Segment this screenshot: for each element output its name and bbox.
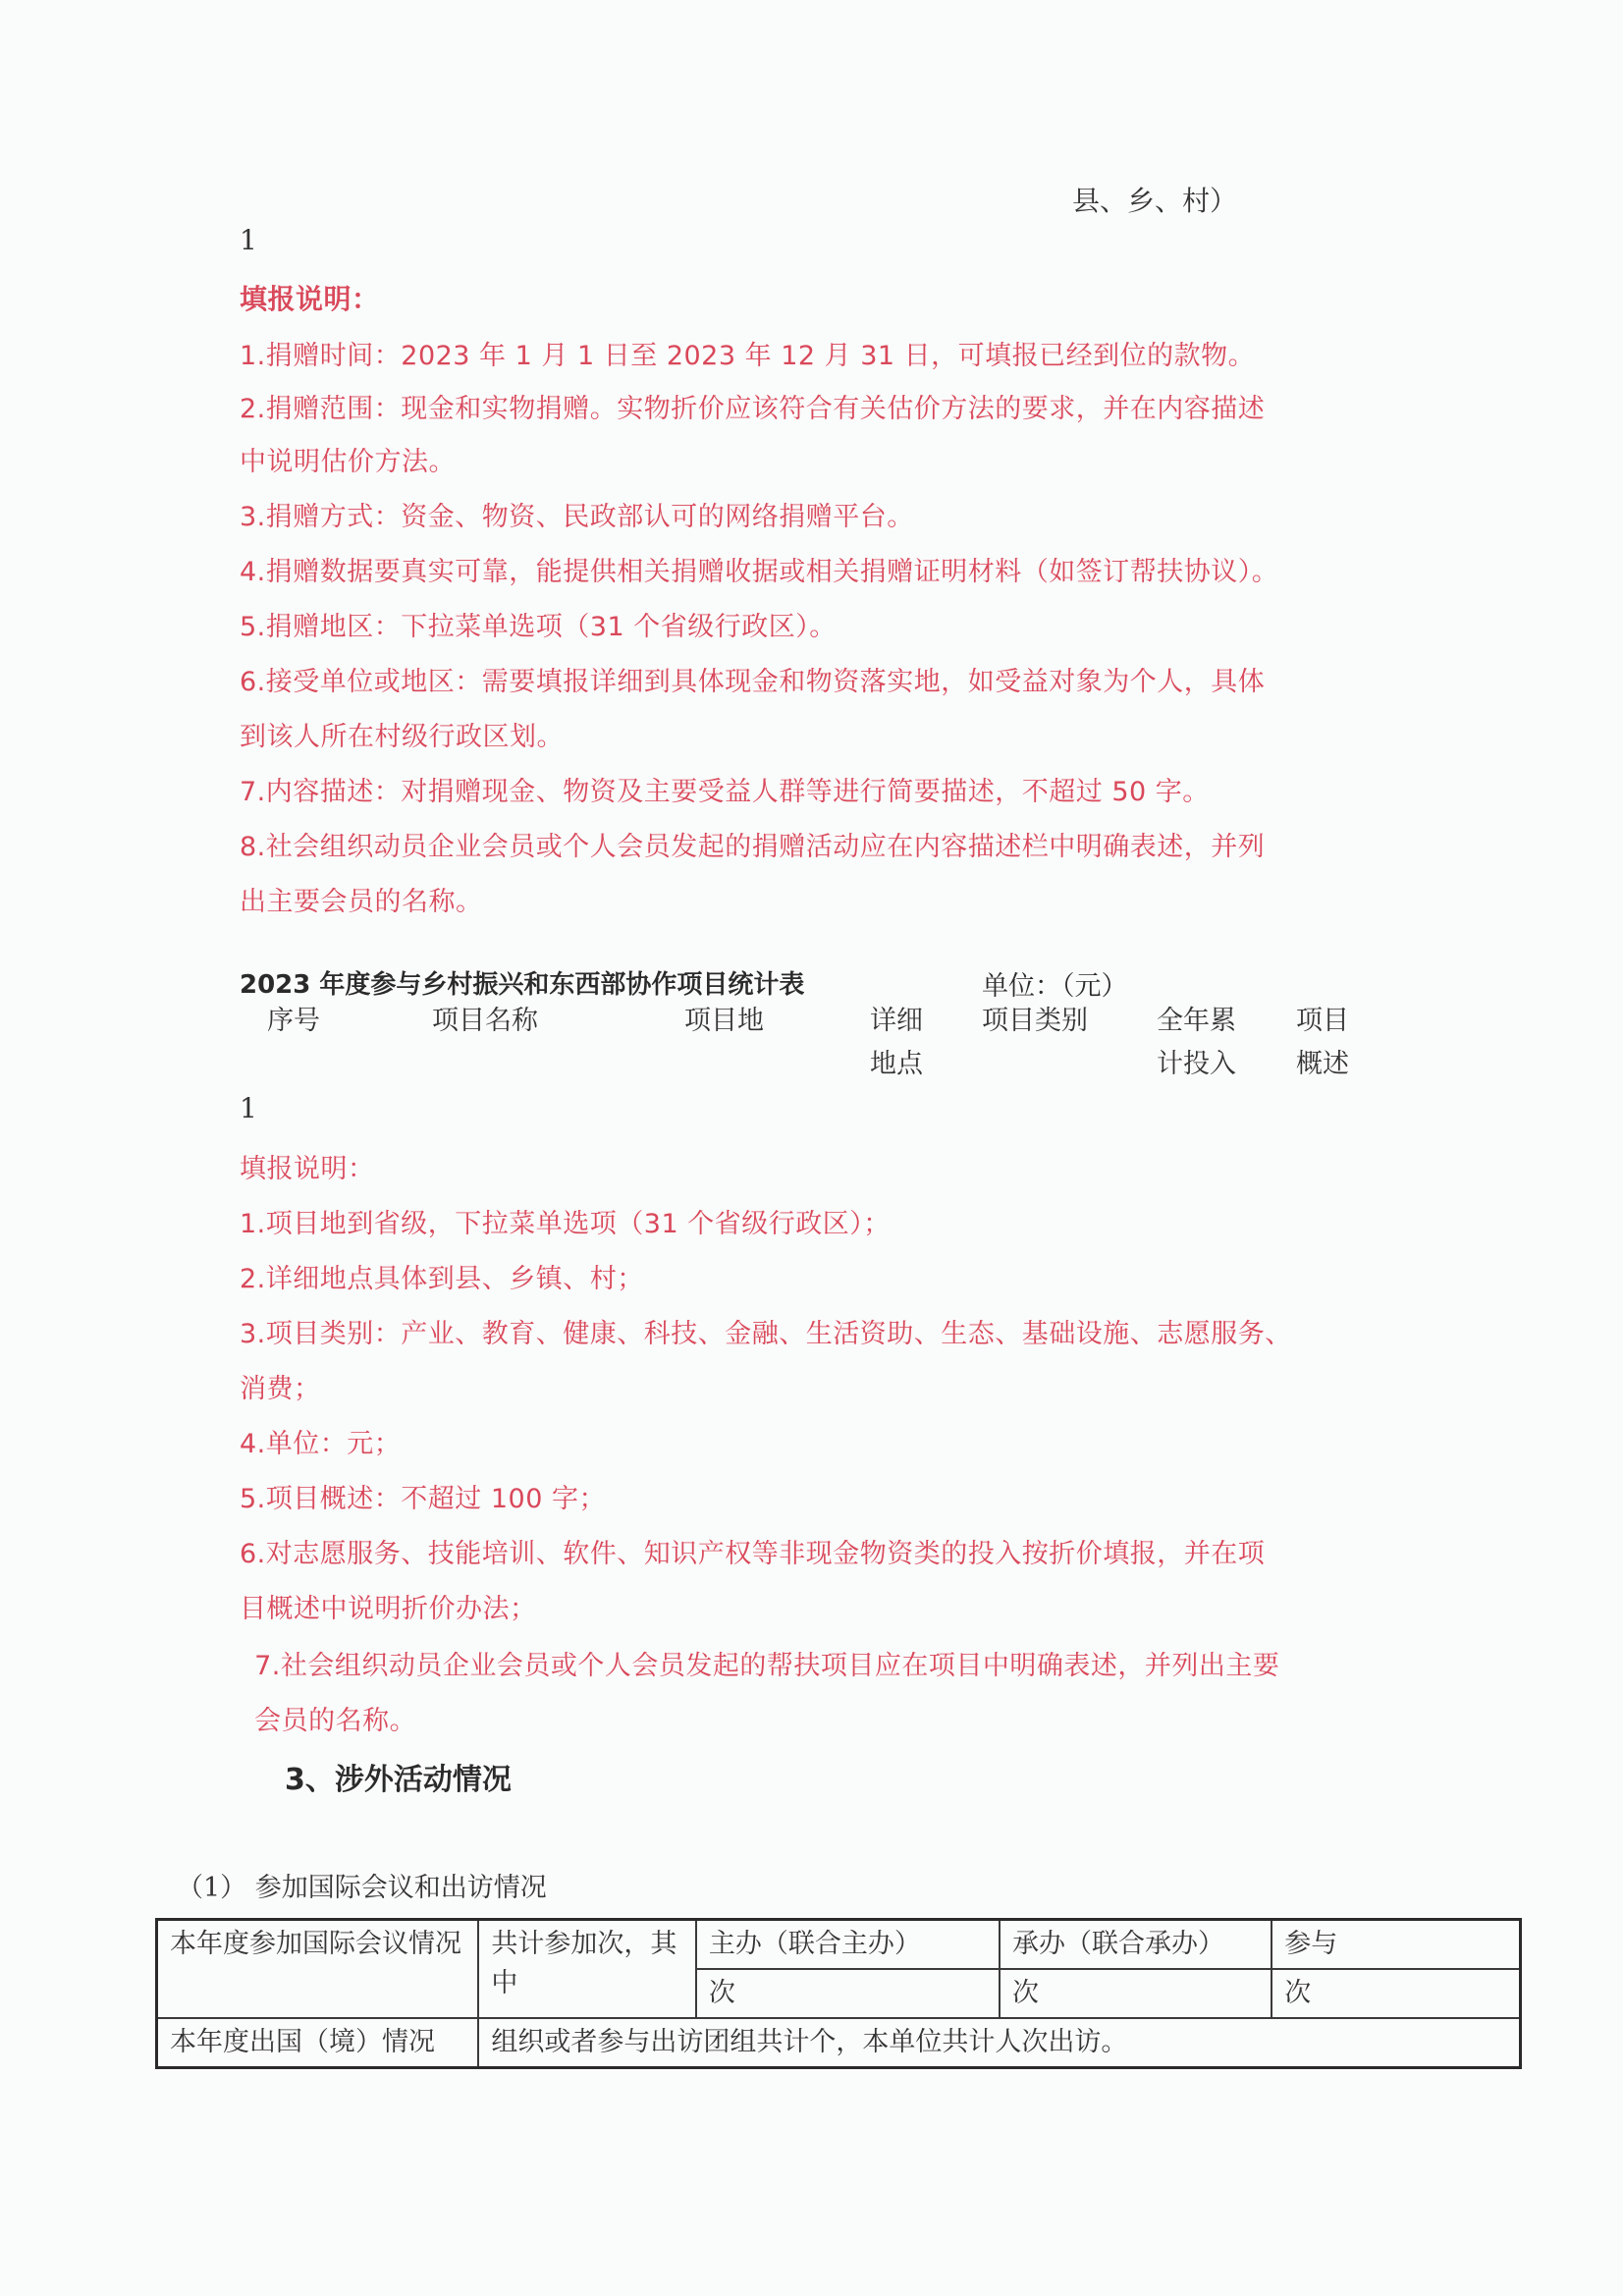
organize-label-cell: 承办（联合承办） [1000, 1920, 1271, 1970]
donation-note: 中说明估价方法。 [240, 440, 456, 478]
participate-label-cell: 参与 [1271, 1920, 1520, 1970]
rural-table-title: 2023 年度参与乡村振兴和东西部协作项目统计表 [240, 964, 804, 1001]
meetings-label-cell: 本年度参加国际会议情况 [157, 1920, 479, 2019]
address-fragment: 县、乡、村） [1072, 180, 1237, 219]
rural-note: 1.项目地到省级，下拉菜单选项（31 个省级行政区）； [240, 1202, 891, 1240]
rural-note: 6.对志愿服务、技能培训、软件、知识产权等非现金物资类的投入按折价填报，并在项 [240, 1532, 1265, 1570]
rural-note: 3.项目类别：产业、教育、健康、科技、金融、生活资助、生态、基础设施、志愿服务、 [240, 1312, 1292, 1350]
column-header-detailed-location: 详细 地点 [870, 1000, 923, 1086]
rural-notes-title: 填报说明： [240, 1147, 375, 1185]
rural-note: 目概述中说明折价办法； [240, 1587, 537, 1625]
donation-note: 出主要会员的名称。 [240, 880, 483, 918]
international-activities-table: 本年度参加国际会议情况 共计参加次，其中 主办（联合主办） 承办（联合承办） 参… [155, 1918, 1522, 2069]
rural-table-unit: 单位：（元） [982, 964, 1128, 1003]
rural-note: 7.社会组织动员企业会员或个人会员发起的帮扶项目应在项目中明确表述，并列出主要 [245, 1644, 1279, 1682]
column-header-index: 序号 [267, 1000, 320, 1043]
international-meetings-subheading: （1） 参加国际会议和出访情况 [177, 1866, 547, 1904]
donation-note: 到该人所在村级行政区划。 [240, 715, 564, 753]
host-count-field[interactable]: 次 [696, 1969, 1000, 2018]
host-label-cell: 主办（联合主办） [696, 1920, 1000, 1970]
donation-note: 1.捐赠时间：2023 年 1 月 1 日至 2023 年 12 月 31 日，… [240, 334, 1255, 372]
table-row: 本年度出国（境）情况 组织或者参与出访团组共计个，本单位共计人次出访。 [157, 2018, 1521, 2068]
column-header-project-name: 项目名称 [432, 1000, 538, 1043]
organize-count-field[interactable]: 次 [1000, 1969, 1271, 2018]
rural-note: 消费； [240, 1367, 321, 1405]
table-row: 本年度参加国际会议情况 共计参加次，其中 主办（联合主办） 承办（联合承办） 参… [157, 1920, 1521, 1970]
donation-note: 3.捐赠方式：资金、物资、民政部认可的网络捐赠平台。 [240, 495, 914, 533]
rural-note: 会员的名称。 [245, 1699, 416, 1737]
donation-note: 7.内容描述：对捐赠现金、物资及主要受益人群等进行简要描述，不超过 50 字。 [240, 770, 1210, 808]
donation-note: 2.捐赠范围：现金和实物捐赠。实物折价应该符合有关估价方法的要求，并在内容描述 [240, 387, 1265, 425]
foreign-activities-heading: 3、涉外活动情况 [285, 1755, 512, 1798]
donation-note: 8.社会组织动员企业会员或个人会员发起的捐赠活动应在内容描述栏中明确表述，并列 [240, 825, 1265, 863]
column-header-project-summary: 项目 概述 [1296, 1000, 1349, 1086]
rural-row-number: 1 [240, 1092, 257, 1124]
donation-row-number: 1 [240, 224, 257, 256]
meetings-total-cell: 共计参加次，其中 [478, 1920, 695, 2019]
outbound-detail-field[interactable]: 组织或者参与出访团组共计个，本单位共计人次出访。 [478, 2018, 1520, 2068]
column-header-project-location: 项目地 [684, 1000, 764, 1043]
column-header-annual-investment: 全年累 计投入 [1157, 1000, 1236, 1086]
donation-notes-title: 填报说明： [240, 278, 380, 317]
donation-note: 5.捐赠地区：下拉菜单选项（31 个省级行政区）。 [240, 605, 837, 643]
column-header-project-category: 项目类别 [982, 1000, 1088, 1043]
rural-note: 2.详细地点具体到县、乡镇、村； [240, 1257, 644, 1295]
participate-count-field[interactable]: 次 [1271, 1969, 1520, 2018]
rural-note: 4.单位：元； [240, 1422, 401, 1460]
donation-note: 4.捐赠数据要真实可靠，能提供相关捐赠收据或相关捐赠证明材料（如签订帮扶协议）。 [240, 550, 1278, 588]
outbound-label-cell: 本年度出国（境）情况 [157, 2018, 479, 2068]
rural-note: 5.项目概述：不超过 100 字； [240, 1477, 606, 1515]
donation-note: 6.接受单位或地区：需要填报详细到具体现金和物资落实地，如受益对象为个人，具体 [240, 660, 1265, 698]
